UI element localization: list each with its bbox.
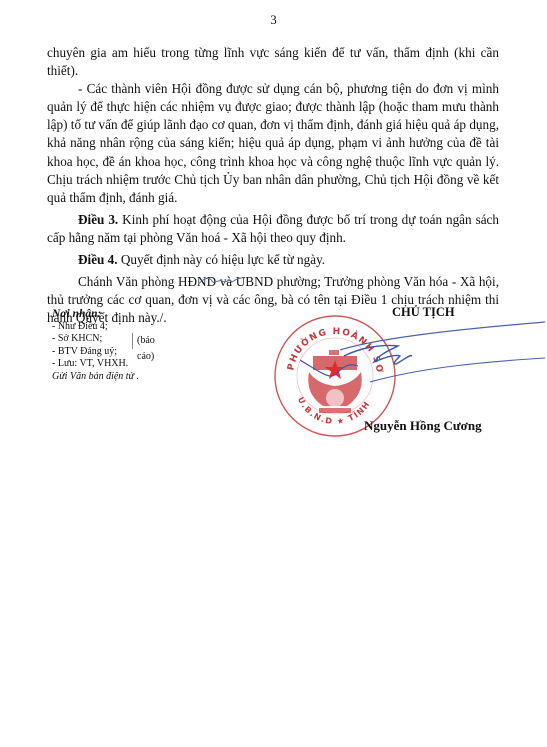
article-4-text: Quyết định này có hiệu lực kể từ ngày. [118,252,326,267]
signer-title: CHỦ TỊCH [392,305,455,320]
recipients-title: Nơi nhận: [52,307,139,321]
signer-name: Nguyễn Hồng Cương [364,418,482,434]
paragraph-1: chuyên gia am hiểu trong từng lĩnh vực s… [47,44,499,80]
recipient-item: - Lưu: VT, VHXH. [52,358,139,370]
article-3: Điều 3. Kinh phí hoạt động của Hội đồng … [47,211,499,247]
article-3-label: Điều 3. [78,212,118,227]
initial-mark-icon [196,275,246,289]
document-body: chuyên gia am hiểu trong từng lĩnh vực s… [47,44,499,327]
article-4-label: Điều 4. [78,252,118,267]
recipient-item: - BTV Đảng uỷ; [52,346,139,358]
recipient-item: - Như Điều 4; [52,321,139,333]
recipients-note: Gửi Văn bản điện tử . [52,371,139,383]
recipient-item: - Sở KHCN; [52,333,139,345]
signature-icon [300,320,547,400]
report-note: (báo cáo) [132,333,155,349]
page-number: 3 [0,12,547,28]
article-4: Điều 4. Quyết định này có hiệu lực kể từ… [47,251,499,269]
paragraph-2: - Các thành viên Hội đồng được sử dụng c… [47,80,499,207]
recipients-block: Nơi nhận: - Như Điều 4; - Sở KHCN; - BTV… [52,307,139,383]
